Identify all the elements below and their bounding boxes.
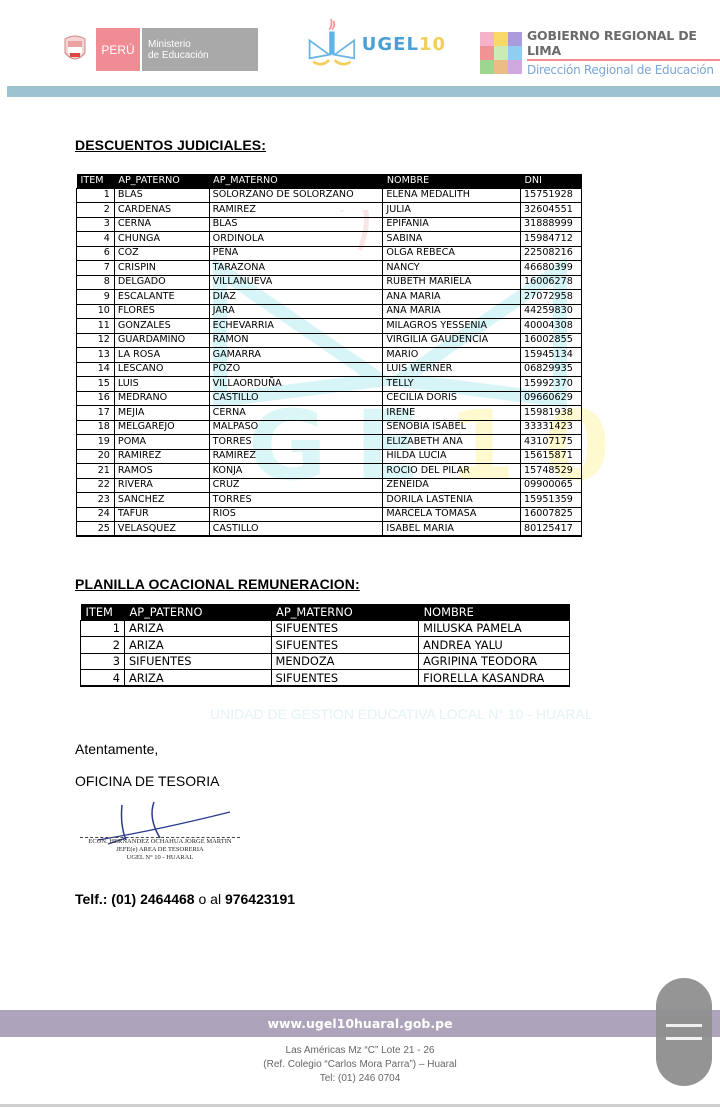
table-cell: TARAZONA xyxy=(209,261,383,276)
table-row: 14LESCANOPOZOLUIS WERNER06829935 xyxy=(77,362,582,377)
open-book-torch-icon xyxy=(306,14,358,74)
signature-block: ECON. HERNANDEZ OCHAHUA JORGE MARTIN JEF… xyxy=(78,800,238,870)
table-cell: ARIZA xyxy=(124,637,271,654)
table-cell: SOLORZANO DE SOLORZANO xyxy=(209,188,383,203)
column-header: AP_PATERNO xyxy=(114,174,209,188)
drag-handle-icon xyxy=(666,1037,702,1040)
table-cell: SIFUENTES xyxy=(124,653,271,670)
table-cell: 17 xyxy=(77,406,115,421)
gobierno-regional-emblem-icon xyxy=(480,32,519,74)
table-cell: GAMARRA xyxy=(209,348,383,363)
table-cell: 20 xyxy=(77,449,115,464)
page-bottom-divider xyxy=(0,1104,720,1107)
table-cell: 15751928 xyxy=(521,188,582,203)
table-cell: VIRGILIA GAUDENCIA xyxy=(383,333,521,348)
gobierno-regional-title: GOBIERNO REGIONAL DE LIMA xyxy=(527,28,720,61)
direccion-regional-subtitle: Dirección Regional de Educación xyxy=(527,63,720,77)
table-header-row: ITEMAP_PATERNOAP_MATERNONOMBRE xyxy=(81,604,570,620)
table-cell: ROCIO DEL PILAR xyxy=(383,464,521,479)
table-cell: HILDA LUCIA xyxy=(383,449,521,464)
website-link[interactable]: www.ugel10huaral.gob.pe xyxy=(267,1016,452,1031)
table-cell: MELGAREJO xyxy=(114,420,209,435)
table-cell: 16002855 xyxy=(521,333,582,348)
table-row: 25VELASQUEZCASTILLOISABEL MARIA80125417 xyxy=(77,522,582,537)
column-header: ITEM xyxy=(77,174,115,188)
table-row: 1BLASSOLORZANO DE SOLORZANOELENA MEDALIT… xyxy=(77,188,582,203)
table-cell: JULIA xyxy=(383,203,521,218)
table-cell: RAMIREZ xyxy=(209,449,383,464)
table-cell: ARIZA xyxy=(124,620,271,637)
column-header: AP_MATERNO xyxy=(271,604,419,620)
table-cell: ISABEL MARIA xyxy=(383,522,521,537)
closing-greeting: Atentamente, xyxy=(75,741,158,757)
table-cell: 15945134 xyxy=(521,348,582,363)
table-cell: MILAGROS YESSENIA xyxy=(383,319,521,334)
table-cell: 21 xyxy=(77,464,115,479)
table-cell: GUARDAMINO xyxy=(114,333,209,348)
table-cell: DELGADO xyxy=(114,275,209,290)
table-cell: BLAS xyxy=(209,217,383,232)
table-row: 24TAFURRIOSMARCELA TOMASA16007825 xyxy=(77,507,582,522)
table-cell: 23 xyxy=(77,493,115,508)
table-cell: 25 xyxy=(77,522,115,537)
table-cell: 2 xyxy=(81,637,125,654)
table-cell: ANA MARIA xyxy=(383,304,521,319)
table-cell: 14 xyxy=(77,362,115,377)
table-cell: 06829935 xyxy=(521,362,582,377)
table-cell: 32604551 xyxy=(521,203,582,218)
table-cell: RIOS xyxy=(209,507,383,522)
table-cell: 40004308 xyxy=(521,319,582,334)
planilla-ocacional-table: ITEMAP_PATERNOAP_MATERNONOMBRE 1ARIZASIF… xyxy=(80,604,570,687)
table-cell: RIVERA xyxy=(114,478,209,493)
table-cell: 3 xyxy=(81,653,125,670)
signature-caption: ECON. HERNANDEZ OCHAHUA JORGE MARTIN JEF… xyxy=(80,837,240,862)
table-cell: 15992370 xyxy=(521,377,582,392)
table-cell: 09900065 xyxy=(521,478,582,493)
table-row: 3CERNABLASEPIFANIA31888999 xyxy=(77,217,582,232)
table-cell: 2 xyxy=(77,203,115,218)
table-cell: CECILIA DORIS xyxy=(383,391,521,406)
table-row: 13LA ROSAGAMARRAMARIO15945134 xyxy=(77,348,582,363)
table-cell: ECHEVARRIA xyxy=(209,319,383,334)
table-row: 2CARDENASRAMIREZJULIA32604551 xyxy=(77,203,582,218)
table-cell: LUIS WERNER xyxy=(383,362,521,377)
table-cell: 24 xyxy=(77,507,115,522)
table-cell: 8 xyxy=(77,275,115,290)
office-name: OFICINA DE TESORIA xyxy=(75,773,219,789)
table-cell: 27072958 xyxy=(521,290,582,305)
table-cell: SIFUENTES xyxy=(271,637,419,654)
table-cell: BLAS xyxy=(114,188,209,203)
descuentos-judiciales-title: DESCUENTOS JUDICIALES: xyxy=(75,137,266,153)
table-cell: LUIS xyxy=(114,377,209,392)
planilla-ocacional-title: PLANILLA OCACIONAL REMUNERACION: xyxy=(75,576,360,592)
table-cell: JARA xyxy=(209,304,383,319)
table-cell: TAFUR xyxy=(114,507,209,522)
column-header: NOMBRE xyxy=(383,174,521,188)
ministerio-label: Ministerio de Educación xyxy=(142,28,258,71)
table-row: 12GUARDAMINORAMONVIRGILIA GAUDENCIA16002… xyxy=(77,333,582,348)
ugel-wordmark: UGEL10 xyxy=(362,34,446,55)
table-cell: 3 xyxy=(77,217,115,232)
table-cell: SIFUENTES xyxy=(271,620,419,637)
table-cell: 15951359 xyxy=(521,493,582,508)
table-cell: RAMIREZ xyxy=(209,203,383,218)
table-cell: 18 xyxy=(77,420,115,435)
column-header: ITEM xyxy=(81,604,125,620)
table-cell: 9 xyxy=(77,290,115,305)
table-cell: LA ROSA xyxy=(114,348,209,363)
table-cell: TELLY xyxy=(383,377,521,392)
table-cell: 16007825 xyxy=(521,507,582,522)
table-cell: MARIO xyxy=(383,348,521,363)
table-cell: ESCALANTE xyxy=(114,290,209,305)
table-cell: CERNA xyxy=(209,406,383,421)
column-header: AP_MATERNO xyxy=(209,174,383,188)
drag-handle-icon xyxy=(666,1024,702,1027)
table-row: 2ARIZASIFUENTESANDREA YALU xyxy=(81,637,570,654)
table-cell: GONZALES xyxy=(114,319,209,334)
table-row: 4ARIZASIFUENTESFIORELLA KASANDRA xyxy=(81,670,570,687)
table-cell: MEDRANO xyxy=(114,391,209,406)
table-cell: MEJIA xyxy=(114,406,209,421)
table-row: 10FLORESJARAANA MARIA44259830 xyxy=(77,304,582,319)
table-cell: 15748529 xyxy=(521,464,582,479)
table-cell: ZENEIDA xyxy=(383,478,521,493)
table-row: 18MELGAREJOMALPASOSENOBIA ISABEL33331423 xyxy=(77,420,582,435)
table-cell: CASTILLO xyxy=(209,391,383,406)
table-cell: SENOBIA ISABEL xyxy=(383,420,521,435)
table-cell: 6 xyxy=(77,246,115,261)
table-cell: 15 xyxy=(77,377,115,392)
table-row: 4CHUNGAORDINOLASABINA15984712 xyxy=(77,232,582,247)
table-cell: FLORES xyxy=(114,304,209,319)
table-row: 11GONZALESECHEVARRIAMILAGROS YESSENIA400… xyxy=(77,319,582,334)
table-cell: ORDINOLA xyxy=(209,232,383,247)
table-cell: 12 xyxy=(77,333,115,348)
table-cell: POMA xyxy=(114,435,209,450)
table-cell: CASTILLO xyxy=(209,522,383,537)
table-cell: CHUNGA xyxy=(114,232,209,247)
peru-coat-of-arms-icon xyxy=(60,28,90,71)
table-cell: OLGA REBECA xyxy=(383,246,521,261)
table-row: 9ESCALANTEDIAZANA MARIA27072958 xyxy=(77,290,582,305)
scroll-drag-handle[interactable] xyxy=(656,978,712,1086)
table-cell: AGRIPINA TEODORA xyxy=(419,653,570,670)
table-row: 6COZPEÑAOLGA REBECA22508216 xyxy=(77,246,582,261)
peru-label: PERÚ xyxy=(96,28,140,71)
column-header: AP_PATERNO xyxy=(124,604,271,620)
table-cell: 46680399 xyxy=(521,261,582,276)
table-cell: IRENE xyxy=(383,406,521,421)
table-cell: CRISPIN xyxy=(114,261,209,276)
table-row: 19POMATORRESELIZABETH ANA43107175 xyxy=(77,435,582,450)
table-cell: CARDENAS xyxy=(114,203,209,218)
table-cell: CRUZ xyxy=(209,478,383,493)
table-row: 21RAMOSKONJAROCIO DEL PILAR15748529 xyxy=(77,464,582,479)
table-row: 16MEDRANOCASTILLOCECILIA DORIS09660629 xyxy=(77,391,582,406)
table-cell: 15984712 xyxy=(521,232,582,247)
table-cell: TORRES xyxy=(209,435,383,450)
table-cell: MILUSKA PAMELA xyxy=(419,620,570,637)
table-cell: SABINA xyxy=(383,232,521,247)
table-row: 1ARIZASIFUENTESMILUSKA PAMELA xyxy=(81,620,570,637)
table-cell: 1 xyxy=(81,620,125,637)
table-cell: 09660629 xyxy=(521,391,582,406)
table-cell: SANCHEZ xyxy=(114,493,209,508)
table-row: 3SIFUENTESMENDOZAAGRIPINA TEODORA xyxy=(81,653,570,670)
table-cell: LESCANO xyxy=(114,362,209,377)
table-cell: 13 xyxy=(77,348,115,363)
table-row: 23SANCHEZTORRESDORILA LASTENIA15951359 xyxy=(77,493,582,508)
table-cell: 11 xyxy=(77,319,115,334)
table-cell: 22508216 xyxy=(521,246,582,261)
table-header-row: ITEMAP_PATERNOAP_MATERNONOMBREDNI xyxy=(77,174,582,188)
table-row: 15LUISVILLAORDUÑATELLY15992370 xyxy=(77,377,582,392)
table-cell: 4 xyxy=(81,670,125,687)
table-cell: 7 xyxy=(77,261,115,276)
table-cell: 16 xyxy=(77,391,115,406)
document-header: PERÚ Ministerio de Educación UGEL10 xyxy=(0,0,720,88)
table-cell: DORILA LASTENIA xyxy=(383,493,521,508)
table-cell: 31888999 xyxy=(521,217,582,232)
table-cell: VILLANUEVA xyxy=(209,275,383,290)
table-cell: MENDOZA xyxy=(271,653,419,670)
table-cell: KONJA xyxy=(209,464,383,479)
table-cell: 33331423 xyxy=(521,420,582,435)
header-divider-bar xyxy=(7,86,720,97)
footer-address: Las Américas Mz “C” Lote 21 - 26 (Ref. C… xyxy=(0,1044,720,1086)
table-row: 7CRISPINTARAZONANANCY46680399 xyxy=(77,261,582,276)
table-cell: 22 xyxy=(77,478,115,493)
table-cell: 1 xyxy=(77,188,115,203)
table-cell: MALPASO xyxy=(209,420,383,435)
table-cell: TORRES xyxy=(209,493,383,508)
column-header: NOMBRE xyxy=(419,604,570,620)
table-cell: RAMOS xyxy=(114,464,209,479)
table-cell: 80125417 xyxy=(521,522,582,537)
table-cell: SIFUENTES xyxy=(271,670,419,687)
table-cell: VELASQUEZ xyxy=(114,522,209,537)
table-cell: FIORELLA KASANDRA xyxy=(419,670,570,687)
table-cell: ANDREA YALU xyxy=(419,637,570,654)
table-cell: 19 xyxy=(77,435,115,450)
table-cell: NANCY xyxy=(383,261,521,276)
table-cell: RUBETH MARIELA xyxy=(383,275,521,290)
table-cell: 16006278 xyxy=(521,275,582,290)
contact-phone: Telf.: (01) 2464468 o al 976423191 xyxy=(75,891,295,907)
table-row: 20RAMIREZRAMIREZHILDA LUCIA15615871 xyxy=(77,449,582,464)
table-cell: EPIFANIA xyxy=(383,217,521,232)
table-cell: 44259830 xyxy=(521,304,582,319)
ugel10-logo: UGEL10 xyxy=(306,12,446,76)
table-cell: PEÑA xyxy=(209,246,383,261)
table-cell: ELIZABETH ANA xyxy=(383,435,521,450)
table-cell: DIAZ xyxy=(209,290,383,305)
gobierno-regional-logo: GOBIERNO REGIONAL DE LIMA Dirección Regi… xyxy=(480,28,720,77)
table-cell: ARIZA xyxy=(124,670,271,687)
column-header: DNI xyxy=(521,174,582,188)
table-cell: ELENA MEDALITH xyxy=(383,188,521,203)
table-cell: MARCELA TOMASA xyxy=(383,507,521,522)
descuentos-judiciales-table: ITEMAP_PATERNOAP_MATERNONOMBREDNI 1BLASS… xyxy=(76,174,582,537)
table-cell: POZO xyxy=(209,362,383,377)
table-cell: 15615871 xyxy=(521,449,582,464)
table-cell: 4 xyxy=(77,232,115,247)
table-row: 22RIVERACRUZZENEIDA09900065 xyxy=(77,478,582,493)
table-cell: VILLAORDUÑA xyxy=(209,377,383,392)
footer-bar: www.ugel10huaral.gob.pe xyxy=(0,1010,720,1037)
table-cell: 43107175 xyxy=(521,435,582,450)
table-row: 8DELGADOVILLANUEVARUBETH MARIELA16006278 xyxy=(77,275,582,290)
table-row: 17MEJIACERNAIRENE15981938 xyxy=(77,406,582,421)
table-cell: CERNA xyxy=(114,217,209,232)
table-cell: 10 xyxy=(77,304,115,319)
table-cell: COZ xyxy=(114,246,209,261)
table-cell: RAMIREZ xyxy=(114,449,209,464)
table-cell: ANA MARIA xyxy=(383,290,521,305)
table-cell: RAMON xyxy=(209,333,383,348)
table-cell: 15981938 xyxy=(521,406,582,421)
minedu-logo: PERÚ Ministerio de Educación xyxy=(60,28,258,71)
